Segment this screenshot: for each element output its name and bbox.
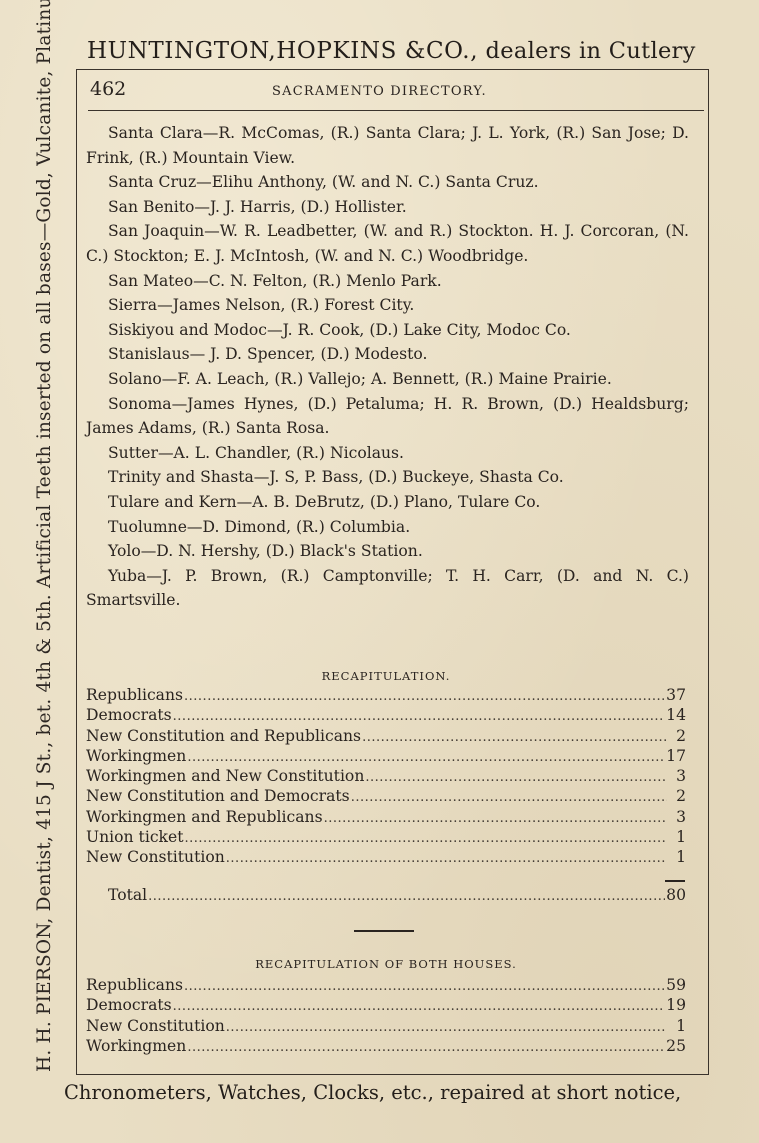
page-title: SACRAMENTO DIRECTORY. <box>272 84 487 99</box>
table-row: Republicans.............................… <box>86 975 686 995</box>
entry-yuba: Yuba—J. P. Brown, (R.) Camptonville; T. … <box>86 564 689 613</box>
table-row: Workingmen and New Constitution.........… <box>86 766 686 786</box>
side-advertisement: H. H. PIERSON, Dentist, 415 J St., bet. … <box>30 37 60 1072</box>
entry-tulare-kern: Tulare and Kern—A. B. DeBrutz, (D.) Plan… <box>86 490 689 515</box>
entry-siskiyou-modoc: Siskiyou and Modoc—J. R. Cook, (D.) Lake… <box>86 318 689 343</box>
top-advertisement: HUNTINGTON,HOPKINS &CO., dealers in Cutl… <box>87 33 717 67</box>
sum-rule <box>665 880 685 882</box>
table-row: Democrats...............................… <box>86 995 686 1015</box>
entry-stanislaus: Stanislaus— J. D. Spencer, (D.) Modesto. <box>86 342 689 367</box>
page-number: 462 <box>90 78 126 100</box>
recapitulation-table: RECAPITULATION. Republicans.............… <box>86 667 686 868</box>
entry-solano: Solano—F. A. Leach, (R.) Vallejo; A. Ben… <box>86 367 689 392</box>
top-ad-tagline: dealers in Cutlery <box>478 38 696 64</box>
recapitulation-heading: RECAPITULATION. <box>86 667 686 685</box>
recapitulation-both-houses-table: RECAPITULATION OF BOTH HOUSES. Republica… <box>86 953 686 1056</box>
table-row: New Constitution and Republicans........… <box>86 726 686 746</box>
table-row: Workingmen..............................… <box>86 1036 686 1056</box>
total-row: Total...................................… <box>86 885 686 905</box>
table-row: New Constitution and Democrats..........… <box>86 786 686 806</box>
recapitulation-both-houses-heading: RECAPITULATION OF BOTH HOUSES. <box>86 953 686 975</box>
table-row: Workingmen and Republicans..............… <box>86 807 686 827</box>
recapitulation-total: Total...................................… <box>86 885 686 905</box>
table-row: Republicans.............................… <box>86 685 686 705</box>
table-row: New Constitution........................… <box>86 847 686 867</box>
table-row: New Constitution........................… <box>86 1016 686 1036</box>
entry-trinity-shasta: Trinity and Shasta—J. S, P. Bass, (D.) B… <box>86 465 689 490</box>
entry-santa-clara: Santa Clara—R. McComas, (R.) Santa Clara… <box>86 121 689 170</box>
top-ad-company: HUNTINGTON,HOPKINS &CO., <box>87 38 478 64</box>
table-row: Workingmen..............................… <box>86 746 686 766</box>
entry-san-mateo: San Mateo—C. N. Felton, (R.) Menlo Park. <box>86 269 689 294</box>
bottom-advertisement: Chronometers, Watches, Clocks, etc., rep… <box>64 1078 714 1108</box>
page-header: 462 SACRAMENTO DIRECTORY. <box>88 76 704 111</box>
section-divider <box>354 930 414 932</box>
entry-sierra: Sierra—James Nelson, (R.) Forest City. <box>86 293 689 318</box>
directory-entries: Santa Clara—R. McComas, (R.) Santa Clara… <box>86 121 689 613</box>
entry-santa-cruz: Santa Cruz—Elihu Anthony, (W. and N. C.)… <box>86 170 689 195</box>
table-row: Union ticket............................… <box>86 827 686 847</box>
entry-san-benito: San Benito—J. J. Harris, (D.) Hollister. <box>86 195 689 220</box>
table-row: Democrats...............................… <box>86 705 686 725</box>
entry-yolo: Yolo—D. N. Hershy, (D.) Black's Station. <box>86 539 689 564</box>
entry-tuolumne: Tuolumne—D. Dimond, (R.) Columbia. <box>86 515 689 540</box>
entry-sutter: Sutter—A. L. Chandler, (R.) Nicolaus. <box>86 441 689 466</box>
entry-san-joaquin: San Joaquin—W. R. Leadbetter, (W. and R.… <box>86 219 689 268</box>
entry-sonoma: Sonoma—James Hynes, (D.) Petaluma; H. R.… <box>86 392 689 441</box>
